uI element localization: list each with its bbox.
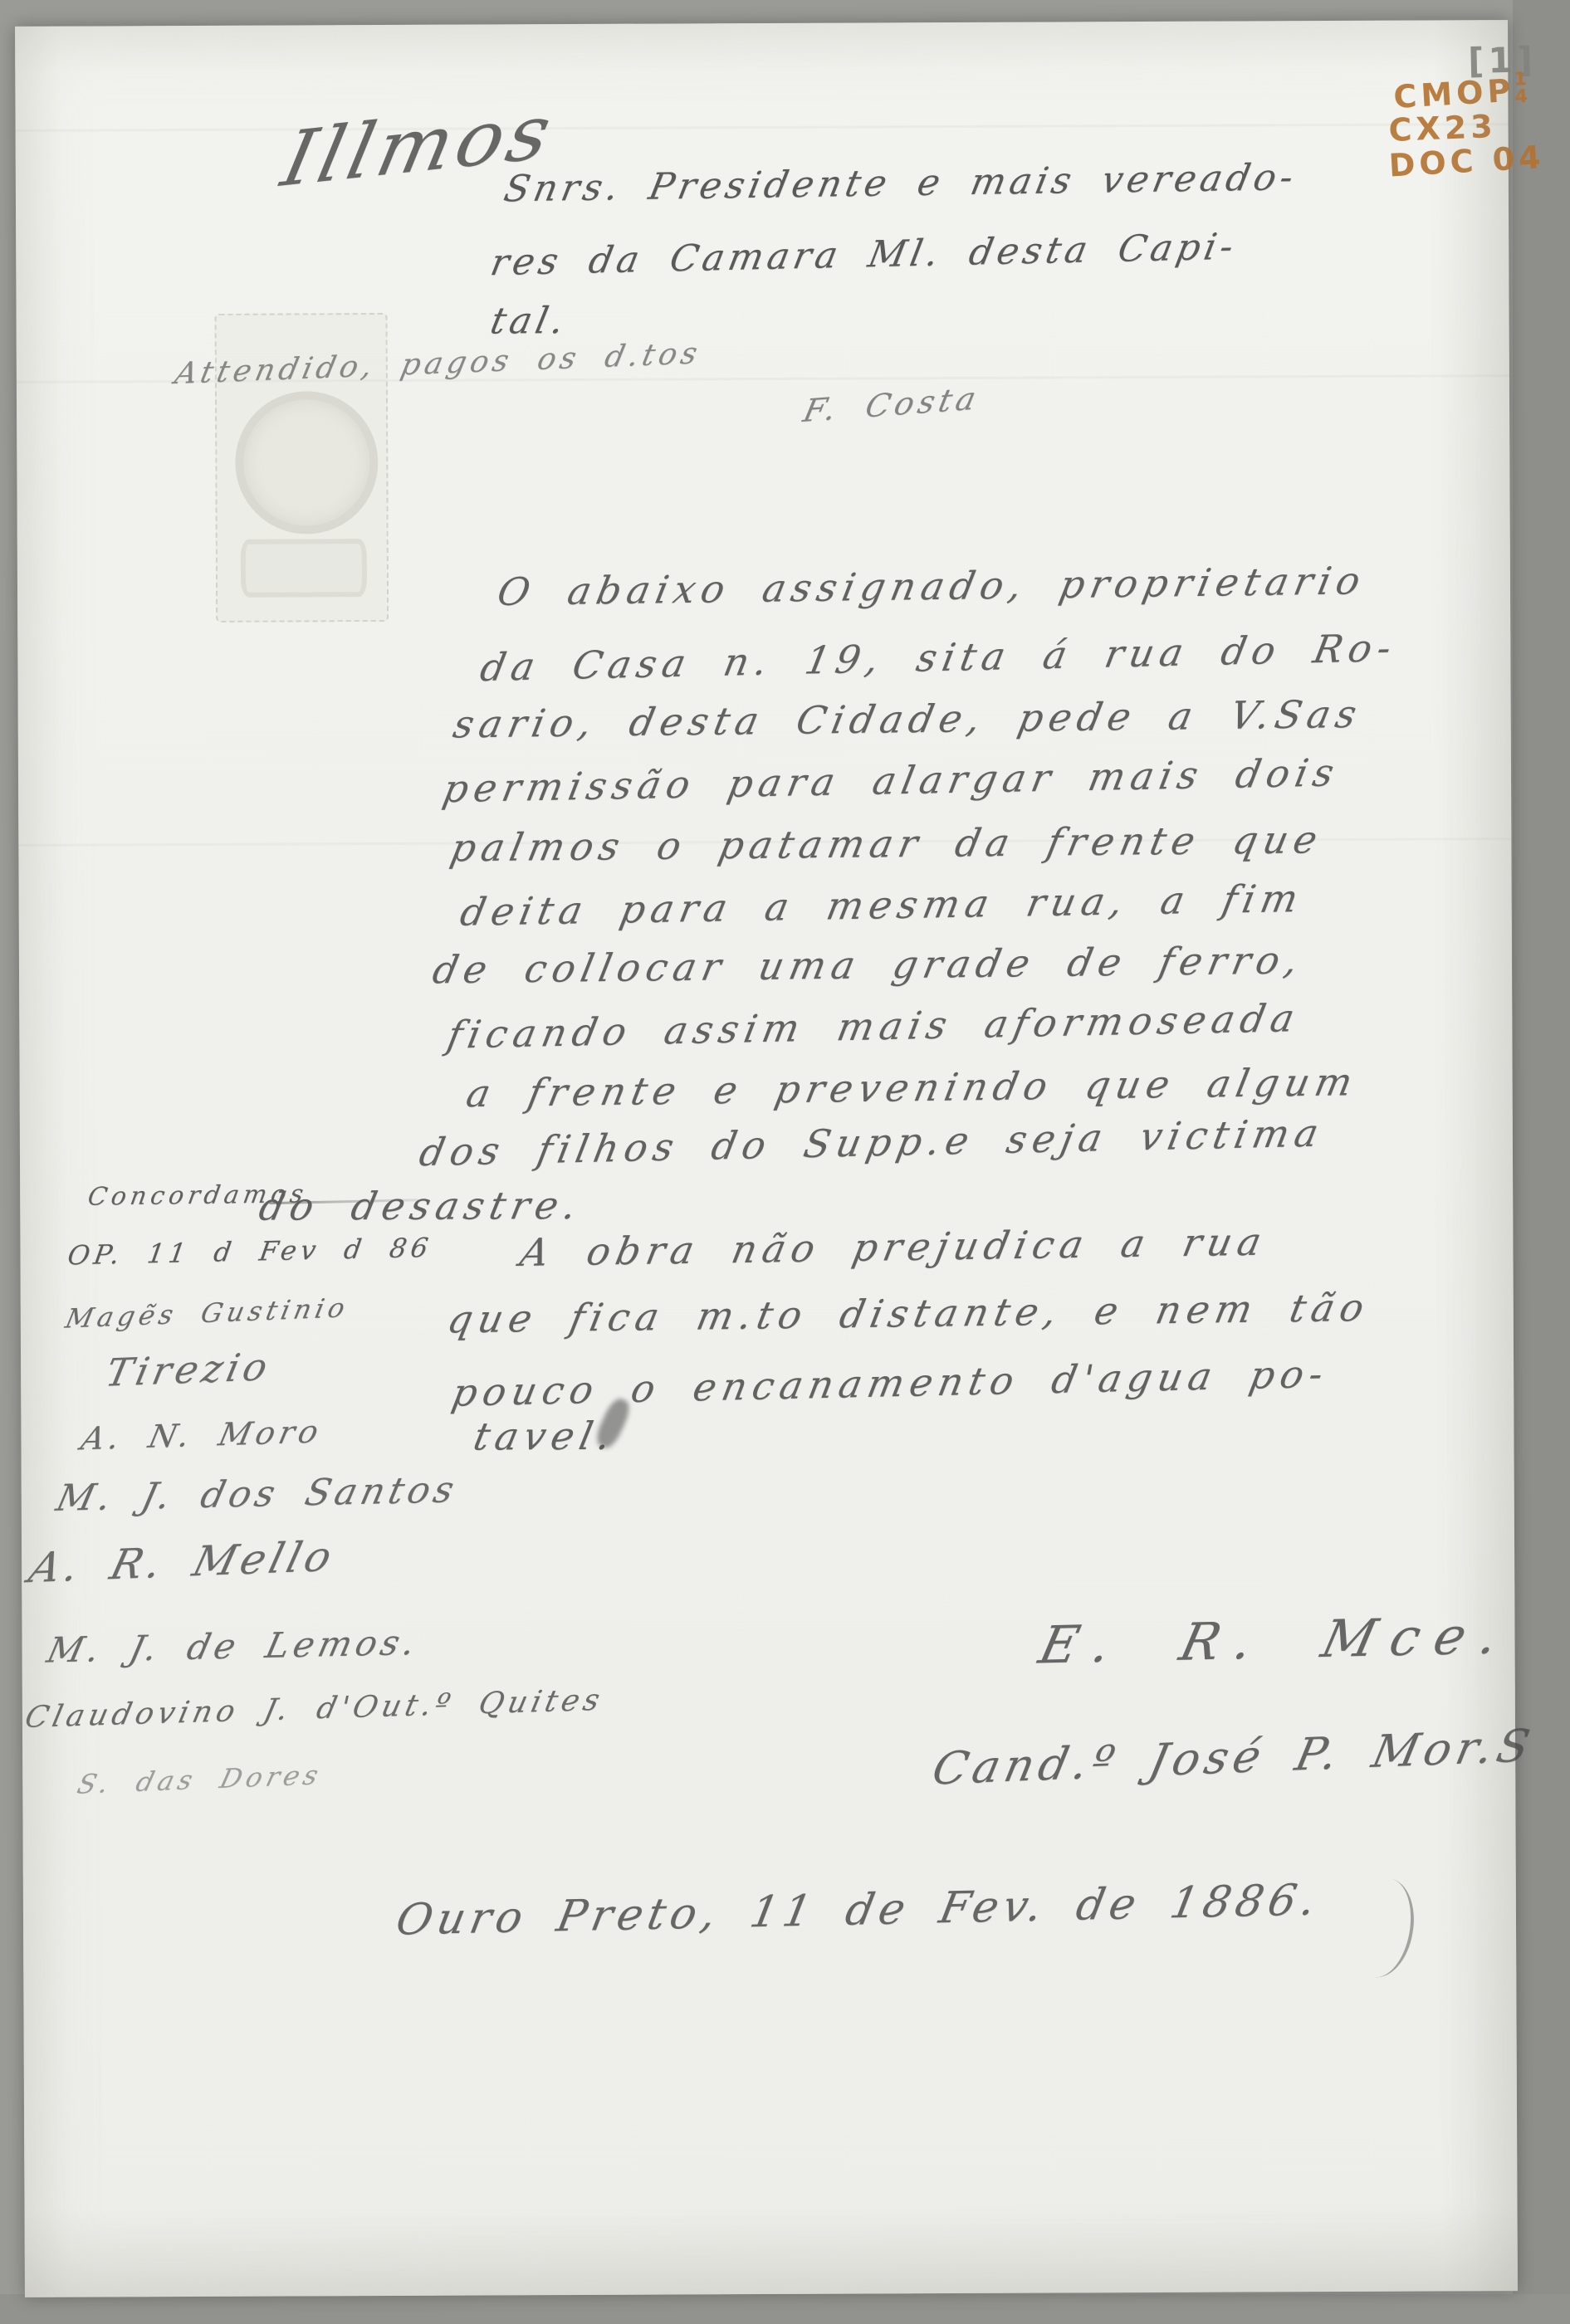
margin-signature-4: M. J. dos Santos <box>52 1468 462 1520</box>
body-line-1: O abaixo assignado, proprietario <box>494 558 1370 614</box>
heading-line-3: tal. <box>487 300 572 342</box>
body-line-13: que fica m.to distante, e nem tão <box>443 1285 1373 1342</box>
margin-signature-5: A. R. Mello <box>24 1532 340 1592</box>
background-bottom-strip <box>0 2294 1570 2324</box>
body-line-7: de collocar uma grade de ferro, <box>429 938 1308 993</box>
body-line-9: a frente e prevenindo que algum <box>462 1059 1362 1116</box>
body-line-2: da Casa n. 19, sita á rua do Ro- <box>477 625 1401 690</box>
closing-signature: Cand.º José P. Mor.S <box>928 1719 1539 1794</box>
margin-signature-1: Magẽs Gustinio <box>62 1291 351 1334</box>
body-line-6: deita para a mesma rua, a fim <box>457 876 1308 935</box>
paper-crease <box>16 123 1509 132</box>
margin-signature-6: M. J. de Lemos. <box>43 1622 423 1671</box>
closing-courtesy: E. R. Mce. <box>1034 1604 1519 1675</box>
margin-signature-8: S. das Dores <box>74 1759 325 1799</box>
scan-background: { "palette": { "background": "#9a9a96", … <box>0 0 1570 2324</box>
archival-fraction-bottom: 4 <box>1514 89 1532 107</box>
archival-collection-fraction: 14 <box>1514 71 1533 107</box>
margin-concordamos: Concordamos <box>86 1179 310 1211</box>
margin-signature-2: Tirezio <box>102 1344 276 1395</box>
background-right-strip <box>1513 0 1570 2324</box>
stamp-ribbon <box>241 539 367 598</box>
heading-line-1: Snrs. Presidente e mais vereado- <box>501 156 1301 210</box>
body-line-8: ficando assim mais aformoseada <box>444 995 1304 1057</box>
body-line-10: dos filhos do Supp.e seja victima <box>416 1111 1328 1175</box>
margin-date-note: OP. 11 d Fev d 86 <box>66 1232 434 1272</box>
closing-dateline: Ouro Preto, 11 de Fev. de 1886. <box>392 1875 1324 1945</box>
dispatch-signature: F. Costa <box>800 380 984 429</box>
body-line-3: sario, desta Cidade, pede a V.Sas <box>449 691 1366 746</box>
margin-signature-7: Claudovino J. d'Out.º Quites <box>22 1683 607 1735</box>
heading-line-2: res da Camara Ml. desta Capi- <box>487 226 1241 285</box>
margin-signature-3: A. N. Moro <box>78 1413 326 1457</box>
body-line-14: pouco o encanamento d'agua po- <box>448 1351 1333 1415</box>
body-line-5: palmos o patamar da frente que <box>447 817 1327 870</box>
document-paper: [1] CMOP14 CX23 DOC 04 Illmos Snrs. Pres… <box>15 20 1518 2297</box>
dateline-flourish <box>1343 1873 1421 1982</box>
body-line-4: permissão para alargar mais dois <box>439 749 1343 811</box>
stamp-emblem-circle <box>235 391 379 535</box>
body-line-12: A obra não prejudica a rua <box>516 1219 1271 1275</box>
